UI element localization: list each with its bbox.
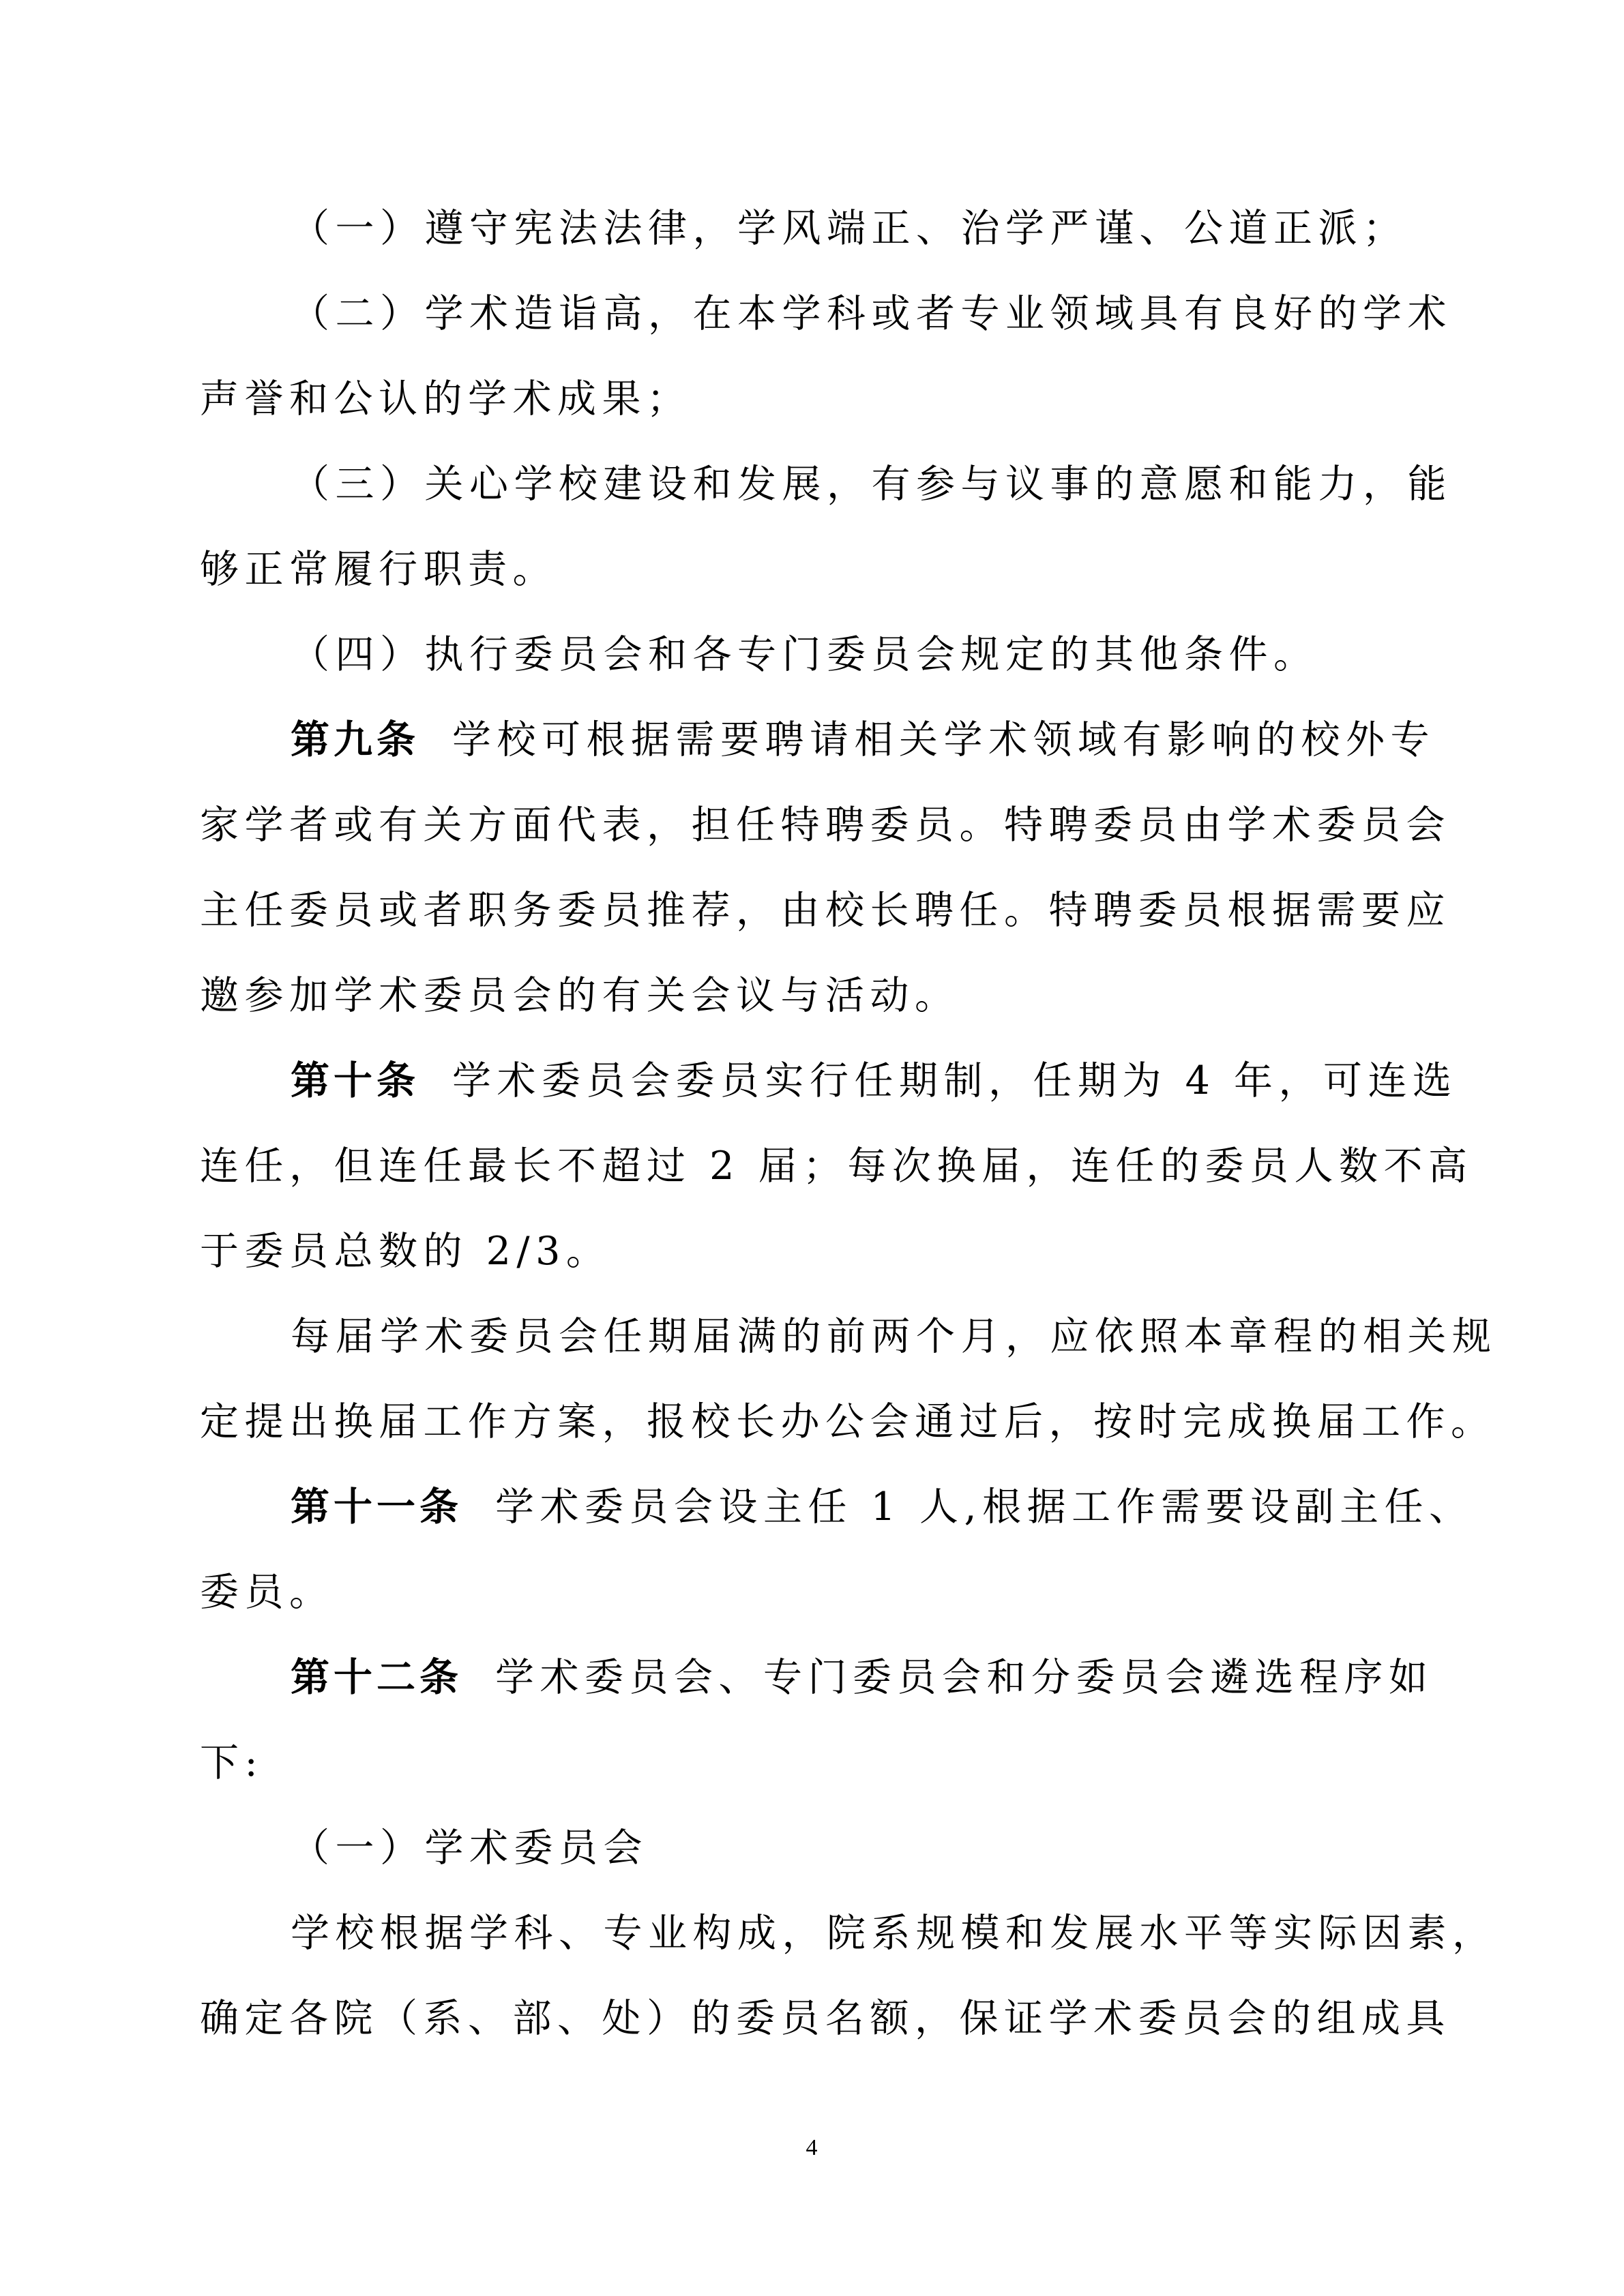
document-page: （一）遵守宪法法律，学风端正、治学严谨、公道正派； （二）学术造诣高，在本学科或… (0, 0, 1624, 2296)
article-10-continuation: 连任，但连任最长不超过 2 届；每次换届，连任的委员人数不高 (200, 1139, 1428, 1193)
clause-3-line: （三）关心学校建设和发展，有参与议事的意愿和能力，能 (291, 457, 1518, 511)
line-text: （四）执行委员会和各专门委员会规定的其他条件。 (291, 632, 1318, 677)
subsection-paragraph-continuation: 确定各院（系、部、处）的委员名额，保证学术委员会的组成具 (200, 1991, 1428, 2046)
article-number: 第十条 (291, 1058, 419, 1103)
line-text: 主任委员或者职务委员推荐，由校长聘任。特聘委员根据需要应 (200, 888, 1451, 933)
clause-1-line: （一）遵守宪法法律，学风端正、治学严谨、公道正派； (291, 201, 1518, 256)
line-text: （一）遵守宪法法律，学风端正、治学严谨、公道正派； (291, 206, 1408, 251)
article-10-continuation: 于委员总数的 2/3。 (200, 1224, 1428, 1279)
line-text: 学校可根据需要聘请相关学术领域有影响的校外专 (452, 717, 1435, 762)
article-10-paragraph-2: 每届学术委员会任期届满的前两个月，应依照本章程的相关规 (291, 1309, 1518, 1364)
clause-4-line: （四）执行委员会和各专门委员会规定的其他条件。 (291, 627, 1518, 682)
line-text: 学术委员会、专门委员会和分委员会遴选程序如 (495, 1655, 1434, 1700)
clause-2-line: （二）学术造诣高，在本学科或者专业领域具有良好的学术 (291, 286, 1518, 341)
line-text: 每届学术委员会任期届满的前两个月，应依照本章程的相关规 (291, 1314, 1497, 1359)
line-text: 下: (200, 1740, 263, 1785)
page-number: 4 (791, 2134, 832, 2162)
article-11-continuation: 委员。 (200, 1565, 1428, 1620)
line-text: 邀参加学术委员会的有关会议与活动。 (200, 973, 960, 1018)
clause-3-continuation: 够正常履行职责。 (200, 542, 1428, 597)
article-12-line: 第十二条学术委员会、专门委员会和分委员会遴选程序如 (291, 1650, 1518, 1705)
subsection-heading: （一）学术委员会 (291, 1821, 1518, 1875)
clause-2-continuation: 声誉和公认的学术成果； (200, 372, 1428, 426)
article-10-paragraph-2-continuation: 定提出换届工作方案，报校长办公会通过后，按时完成换届工作。 (200, 1395, 1428, 1449)
line-text: （二）学术造诣高，在本学科或者专业领域具有良好的学术 (291, 291, 1452, 336)
article-9-continuation: 家学者或有关方面代表，担任特聘委员。特聘委员由学术委员会 (200, 798, 1428, 852)
article-number: 第十二条 (291, 1654, 462, 1700)
line-text: 委员。 (200, 1570, 334, 1615)
article-9-line: 第九条学校可根据需要聘请相关学术领域有影响的校外专 (291, 713, 1518, 767)
article-number: 第十一条 (291, 1484, 462, 1530)
line-text: 学校根据学科、专业构成，院系规模和发展水平等实际因素， (291, 1911, 1497, 1956)
subsection-paragraph: 学校根据学科、专业构成，院系规模和发展水平等实际因素， (291, 1906, 1518, 1960)
line-text: 连任，但连任最长不超过 2 届；每次换届，连任的委员人数不高 (200, 1144, 1473, 1189)
line-text: （三）关心学校建设和发展，有参与议事的意愿和能力，能 (291, 462, 1452, 507)
article-10-line: 第十条学术委员会委员实行任期制，任期为 4 年，可连选 (291, 1054, 1518, 1108)
article-9-continuation: 主任委员或者职务委员推荐，由校长聘任。特聘委员根据需要应 (200, 883, 1428, 938)
line-text: 学术委员会委员实行任期制，任期为 4 年，可连选 (452, 1058, 1458, 1103)
line-text: 于委员总数的 2/3。 (200, 1229, 610, 1274)
line-text: 学术委员会设主任 1 人,根据工作需要设副主任、 (495, 1485, 1474, 1530)
line-text: 确定各院（系、部、处）的委员名额，保证学术委员会的组成具 (200, 1996, 1451, 2041)
line-text: （一）学术委员会 (291, 1825, 648, 1870)
article-9-continuation: 邀参加学术委员会的有关会议与活动。 (200, 968, 1428, 1023)
line-text: 够正常履行职责。 (200, 547, 557, 592)
line-text: 家学者或有关方面代表，担任特聘委员。特聘委员由学术委员会 (200, 803, 1451, 848)
article-11-line: 第十一条学术委员会设主任 1 人,根据工作需要设副主任、 (291, 1480, 1518, 1534)
article-12-continuation: 下: (200, 1735, 1428, 1790)
line-text: 定提出换届工作方案，报校长办公会通过后，按时完成换届工作。 (200, 1399, 1496, 1444)
article-number: 第九条 (291, 717, 419, 762)
line-text: 声誉和公认的学术成果； (200, 376, 692, 421)
